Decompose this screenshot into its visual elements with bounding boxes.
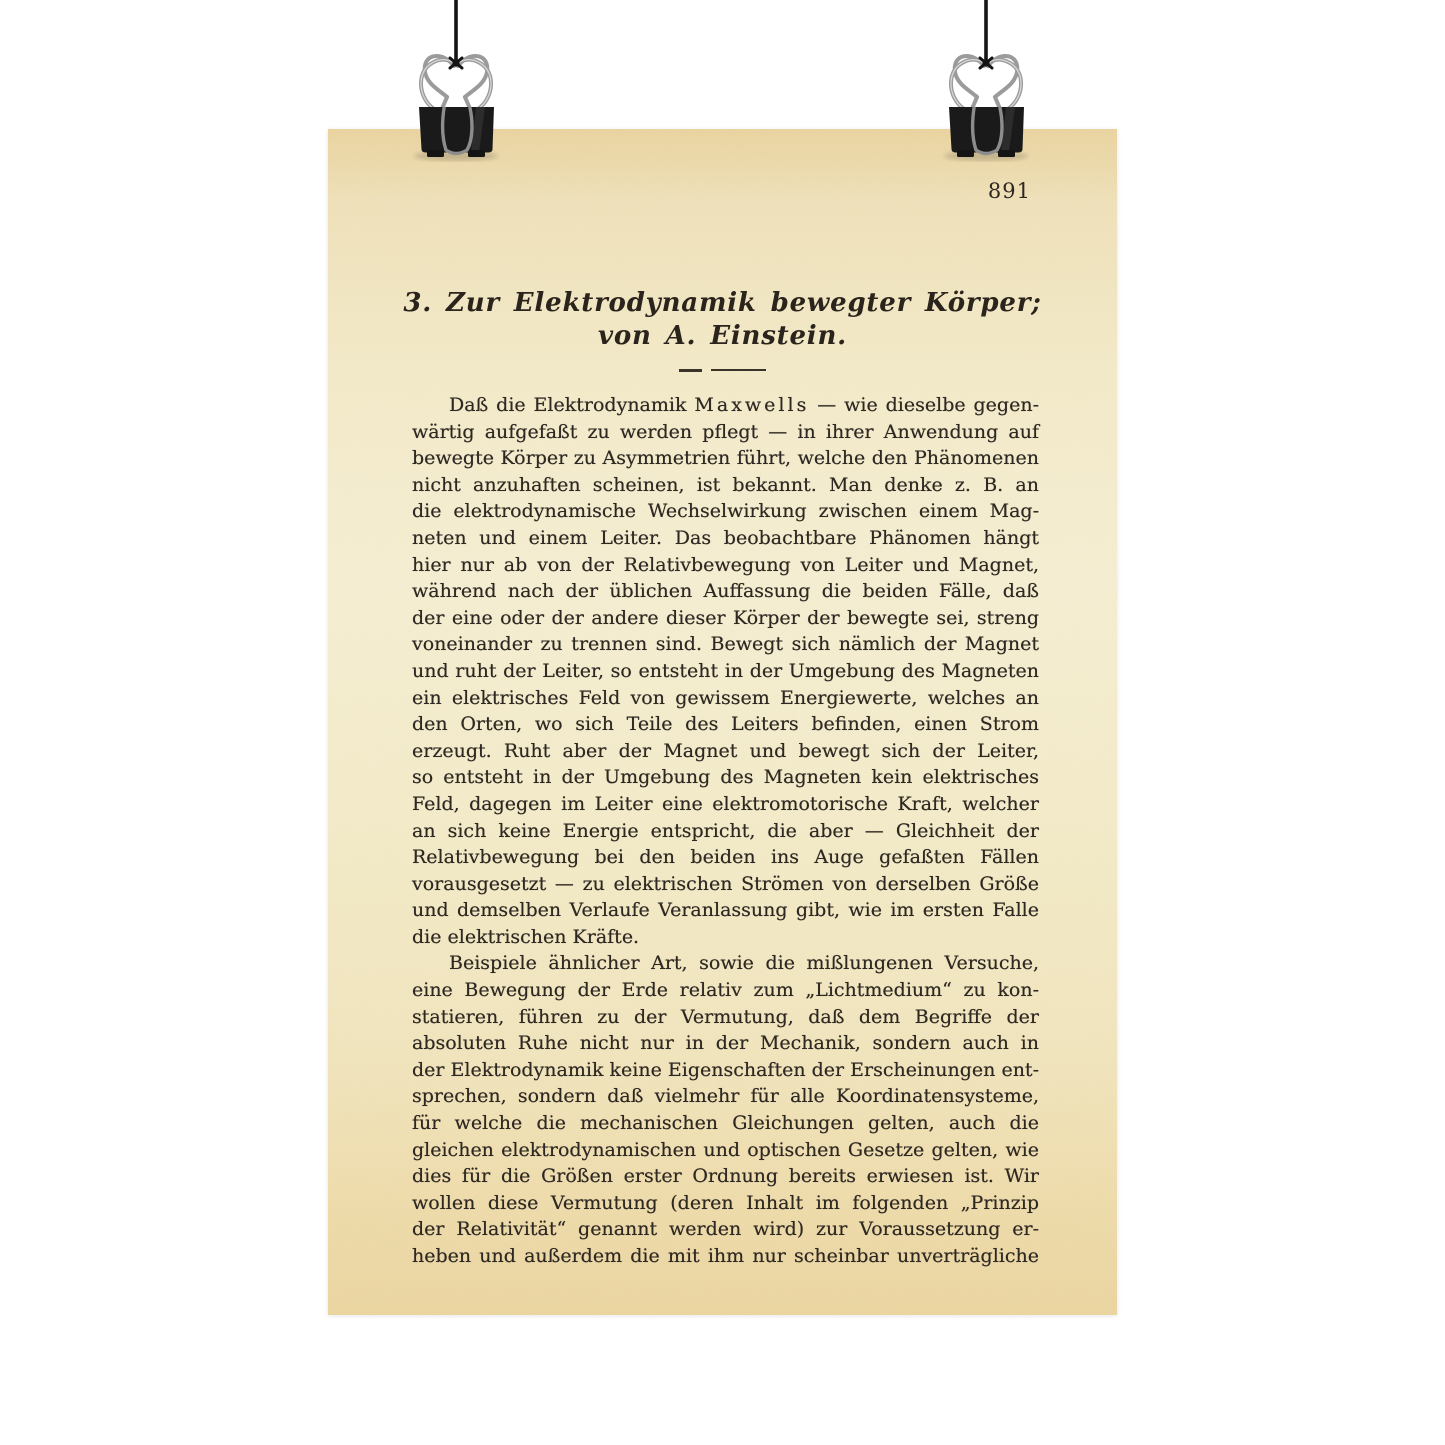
text-line: während nach der üblichen Auffassung die… bbox=[412, 578, 1039, 605]
text-line: eine Bewegung der Erde relativ zum „Lich… bbox=[412, 977, 1039, 1004]
text-line: Relativbewegung bei den beiden ins Auge … bbox=[412, 844, 1039, 871]
separator-dash-long bbox=[711, 369, 766, 371]
text-line: hier nur ab von der Relativbewegung von … bbox=[412, 552, 1039, 579]
paper-title-line2: von A. Einstein. bbox=[328, 320, 1117, 353]
poster-mockup: 891 3. Zur Elektrodynamik bewegter Körpe… bbox=[0, 0, 1445, 1445]
text-line: nicht anzuhaften scheinen, ist bekannt. … bbox=[412, 472, 1039, 499]
text-line: an sich keine Energie entspricht, die ab… bbox=[412, 818, 1039, 845]
text-line: ein elektrisches Feld von gewissem Energ… bbox=[412, 685, 1039, 712]
text-line: die elektrischen Kräfte. bbox=[412, 924, 1039, 951]
text-line: sprechen, sondern daß vielmehr für alle … bbox=[412, 1083, 1039, 1110]
hanging-string bbox=[454, 0, 458, 64]
text-line: die elektrodynamische Wechselwirkung zwi… bbox=[412, 498, 1039, 525]
page-number: 891 bbox=[988, 179, 1031, 203]
text-line: den Orten, wo sich Teile des Leiters bef… bbox=[412, 711, 1039, 738]
text-line: statieren, führen zu der Vermutung, daß … bbox=[412, 1004, 1039, 1031]
text-line: absoluten Ruhe nicht nur in der Mechanik… bbox=[412, 1030, 1039, 1057]
text-line: vorausgesetzt — zu elektrischen Strömen … bbox=[412, 871, 1039, 898]
text-line: voneinander zu trennen sind. Bewegt sich… bbox=[412, 631, 1039, 658]
text-line: neten und einem Leiter. Das beobachtbare… bbox=[412, 525, 1039, 552]
separator-dash-short bbox=[679, 369, 702, 372]
text-line: heben und außerdem die mit ihm nur schei… bbox=[412, 1243, 1039, 1270]
left-hanger bbox=[398, 0, 518, 170]
text-line: Beispiele ähnlicher Art, sowie die mißlu… bbox=[412, 950, 1039, 977]
text-line: Daß die Elektrodynamik Maxwells — wie di… bbox=[412, 392, 1039, 419]
text-line: dies für die Größen erster Ordnung berei… bbox=[412, 1163, 1039, 1190]
text-line: wärtig aufgefaßt zu werden pflegt — in i… bbox=[412, 419, 1039, 446]
text-line: erzeugt. Ruht aber der Magnet und bewegt… bbox=[412, 738, 1039, 765]
hanging-string bbox=[984, 0, 988, 64]
text-line: der Elektrodynamik keine Eigenschaften d… bbox=[412, 1057, 1039, 1084]
text-line: wollen diese Vermutung (deren Inhalt im … bbox=[412, 1190, 1039, 1217]
text-line: der eine oder der andere dieser Körper d… bbox=[412, 605, 1039, 632]
text-line: der Relativität“ genannt werden wird) zu… bbox=[412, 1216, 1039, 1243]
paper-title-line1: 3. Zur Elektrodynamik bewegter Körper; bbox=[328, 287, 1117, 320]
text-line: und demselben Verlaufe Veranlassung gibt… bbox=[412, 897, 1039, 924]
title-separator bbox=[328, 369, 1117, 372]
text-line: für welche die mechanischen Gleichungen … bbox=[412, 1110, 1039, 1137]
binder-clip-icon bbox=[414, 56, 498, 161]
paper-title: 3. Zur Elektrodynamik bewegter Körper; v… bbox=[328, 287, 1117, 353]
text-line: gleichen elektrodynamischen und optische… bbox=[412, 1137, 1039, 1164]
binder-clip-icon bbox=[944, 56, 1028, 161]
text-line: Feld, dagegen im Leiter eine elektromoto… bbox=[412, 791, 1039, 818]
poster-paper: 891 3. Zur Elektrodynamik bewegter Körpe… bbox=[328, 129, 1117, 1315]
text-line: so entsteht in der Umgebung des Magneten… bbox=[412, 764, 1039, 791]
text-line: und ruht der Leiter, so entsteht in der … bbox=[412, 658, 1039, 685]
body-text: Daß die Elektrodynamik Maxwells — wie di… bbox=[412, 392, 1039, 1270]
right-hanger bbox=[928, 0, 1048, 170]
text-line: bewegte Körper zu Asymmetrien führt, wel… bbox=[412, 445, 1039, 472]
